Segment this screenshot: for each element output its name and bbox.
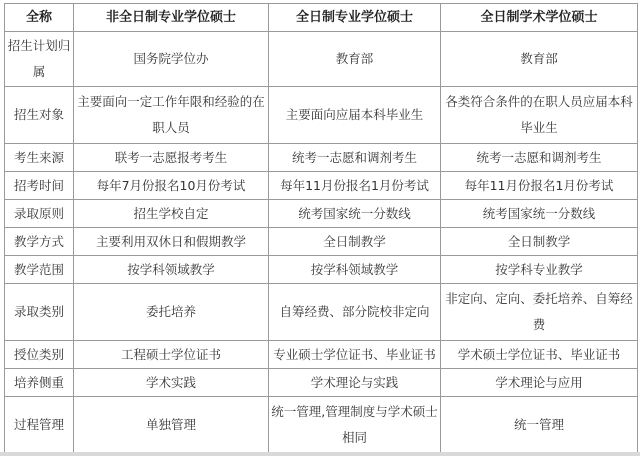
table-cell: 统考国家统一分数线 xyxy=(269,200,441,228)
table-cell: 统一管理,管理制度与学术硕士相同 xyxy=(269,397,441,453)
bottom-border-strip xyxy=(0,452,640,456)
header-full-name: 全称 xyxy=(5,4,74,32)
table-cell: 联考一志愿报考考生 xyxy=(74,144,269,172)
table-cell: 自筹经费、部分院校非定向 xyxy=(269,284,441,341)
table-row: 招考时间 每年7月份报名10月份考试 每年11月份报名1月份考试 每年11月份报… xyxy=(5,172,638,200)
row-label: 教学范围 xyxy=(5,256,74,284)
table-row: 录取类别 委托培养 自筹经费、部分院校非定向 非定向、定向、委托培养、自筹经费 xyxy=(5,284,638,341)
table-cell: 教育部 xyxy=(441,32,638,87)
header-full-time-professional: 全日制专业学位硕士 xyxy=(269,4,441,32)
row-label: 录取类别 xyxy=(5,284,74,341)
header-row: 全称 非全日制专业学位硕士 全日制专业学位硕士 全日制学术学位硕士 xyxy=(5,4,638,32)
table-cell: 每年11月份报名1月份考试 xyxy=(441,172,638,200)
row-label: 过程管理 xyxy=(5,397,74,453)
table-cell: 按学科领域教学 xyxy=(74,256,269,284)
row-label: 招生对象 xyxy=(5,87,74,144)
table-row: 招生计划归属 国务院学位办 教育部 教育部 xyxy=(5,32,638,87)
table-cell: 按学科专业教学 xyxy=(441,256,638,284)
table-cell: 国务院学位办 xyxy=(74,32,269,87)
row-label: 考生来源 xyxy=(5,144,74,172)
table-row: 考生来源 联考一志愿报考考生 统考一志愿和调剂考生 统考一志愿和调剂考生 xyxy=(5,144,638,172)
table-row: 教学范围 按学科领域教学 按学科领域教学 按学科专业教学 xyxy=(5,256,638,284)
table-cell: 教育部 xyxy=(269,32,441,87)
table-cell: 每年11月份报名1月份考试 xyxy=(269,172,441,200)
table-row: 过程管理 单独管理 统一管理,管理制度与学术硕士相同 统一管理 xyxy=(5,397,638,453)
table-cell: 统考一志愿和调剂考生 xyxy=(441,144,638,172)
table-row: 授位类别 工程硕士学位证书 专业硕士学位证书、毕业证书 学术硕士学位证书、毕业证… xyxy=(5,341,638,369)
table-cell: 主要面向应届本科毕业生 xyxy=(269,87,441,144)
table-cell: 学术实践 xyxy=(74,369,269,397)
table-cell: 按学科领域教学 xyxy=(269,256,441,284)
row-label: 培养侧重 xyxy=(5,369,74,397)
row-label: 教学方式 xyxy=(5,228,74,256)
table-cell: 委托培养 xyxy=(74,284,269,341)
table-cell: 非定向、定向、委托培养、自筹经费 xyxy=(441,284,638,341)
table-cell: 学术硕士学位证书、毕业证书 xyxy=(441,341,638,369)
row-label: 招考时间 xyxy=(5,172,74,200)
row-label: 招生计划归属 xyxy=(5,32,74,87)
table-cell: 主要利用双休日和假期教学 xyxy=(74,228,269,256)
comparison-table-container: 全称 非全日制专业学位硕士 全日制专业学位硕士 全日制学术学位硕士 招生计划归属… xyxy=(4,3,638,453)
table-cell: 专业硕士学位证书、毕业证书 xyxy=(269,341,441,369)
table-row: 培养侧重 学术实践 学术理论与实践 学术理论与应用 xyxy=(5,369,638,397)
header-full-time-academic: 全日制学术学位硕士 xyxy=(441,4,638,32)
row-label: 授位类别 xyxy=(5,341,74,369)
table-cell: 单独管理 xyxy=(74,397,269,453)
table-cell: 工程硕士学位证书 xyxy=(74,341,269,369)
row-label: 录取原则 xyxy=(5,200,74,228)
table-cell: 各类符合条件的在职人员应届本科毕业生 xyxy=(441,87,638,144)
header-part-time-professional: 非全日制专业学位硕士 xyxy=(74,4,269,32)
table-cell: 每年7月份报名10月份考试 xyxy=(74,172,269,200)
table-cell: 招生学校自定 xyxy=(74,200,269,228)
table-cell: 学术理论与实践 xyxy=(269,369,441,397)
table-cell: 统一管理 xyxy=(441,397,638,453)
table-cell: 全日制教学 xyxy=(441,228,638,256)
table-cell: 全日制教学 xyxy=(269,228,441,256)
degree-comparison-table: 全称 非全日制专业学位硕士 全日制专业学位硕士 全日制学术学位硕士 招生计划归属… xyxy=(4,3,638,453)
table-row: 教学方式 主要利用双休日和假期教学 全日制教学 全日制教学 xyxy=(5,228,638,256)
table-cell: 统考国家统一分数线 xyxy=(441,200,638,228)
table-cell: 学术理论与应用 xyxy=(441,369,638,397)
table-row: 录取原则 招生学校自定 统考国家统一分数线 统考国家统一分数线 xyxy=(5,200,638,228)
table-row: 招生对象 主要面向一定工作年限和经验的在职人员 主要面向应届本科毕业生 各类符合… xyxy=(5,87,638,144)
table-cell: 统考一志愿和调剂考生 xyxy=(269,144,441,172)
table-cell: 主要面向一定工作年限和经验的在职人员 xyxy=(74,87,269,144)
